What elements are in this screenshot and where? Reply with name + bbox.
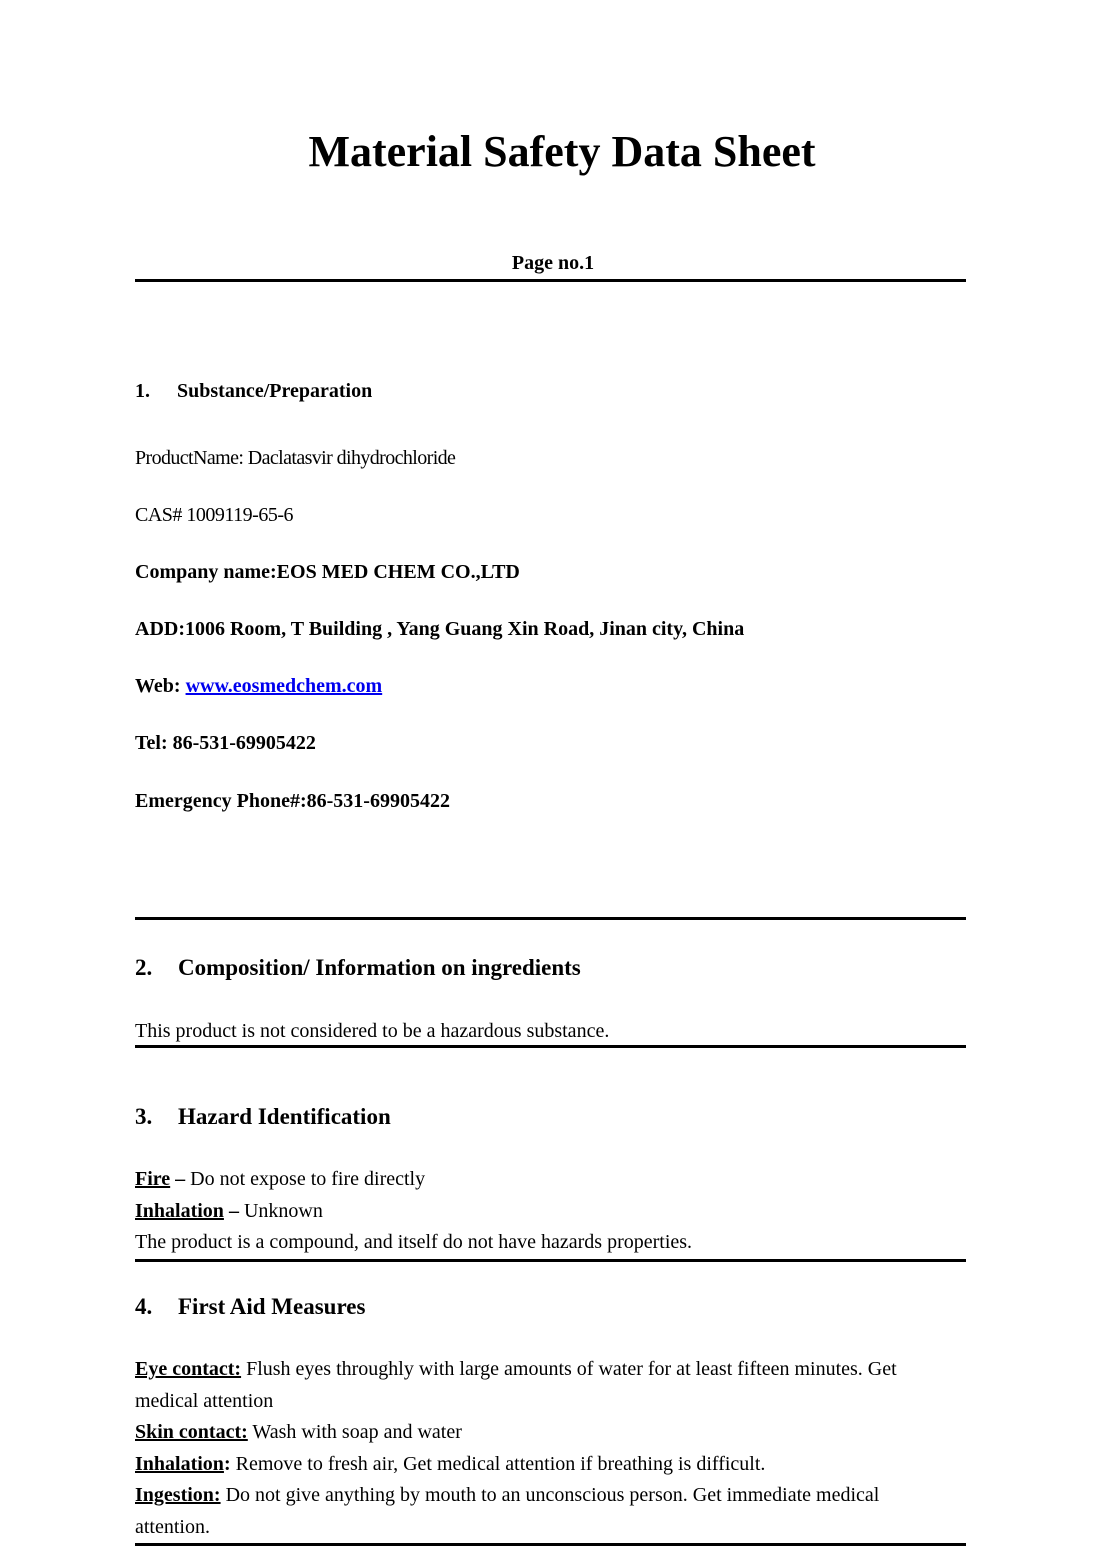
section-title: Composition/ Information on ingredients — [178, 955, 581, 980]
section-number: 2. — [135, 955, 178, 981]
section-1-heading: 1.Substance/Preparation — [135, 380, 372, 403]
section-title: First Aid Measures — [178, 1294, 365, 1319]
section-number: 4. — [135, 1294, 178, 1320]
section-4-heading: 4.First Aid Measures — [135, 1294, 365, 1320]
first-aid-list: Eye contact: Flush eyes throughly with l… — [135, 1354, 935, 1543]
section-divider — [135, 1045, 966, 1048]
first-aid-inhalation: Inhalation: Remove to fresh air, Get med… — [135, 1449, 935, 1481]
web-line: Web: www.eosmedchem.com — [135, 675, 382, 698]
emergency-phone: Emergency Phone#:86-531-69905422 — [135, 790, 450, 813]
hazard-item-fire: Fire – Do not expose to fire directly — [135, 1164, 975, 1196]
company-name: Company name:EOS MED CHEM CO.,LTD — [135, 561, 520, 584]
hazard-list: Fire – Do not expose to fire directly In… — [135, 1164, 975, 1259]
section-3-heading: 3.Hazard Identification — [135, 1104, 391, 1130]
web-label: Web: — [135, 675, 186, 697]
website-link[interactable]: www.eosmedchem.com — [186, 675, 383, 697]
section-divider — [135, 1543, 966, 1546]
section-2-heading: 2.Composition/ Information on ingredient… — [135, 955, 581, 981]
section-number: 1. — [135, 380, 177, 403]
telephone: Tel: 86-531-69905422 — [135, 732, 316, 755]
first-aid-eye: Eye contact: Flush eyes throughly with l… — [135, 1354, 935, 1417]
first-aid-ingestion: Ingestion: Do not give anything by mouth… — [135, 1480, 935, 1543]
section-divider — [135, 1259, 966, 1262]
first-aid-skin: Skin contact: Wash with soap and water — [135, 1417, 935, 1449]
cas-number: CAS# 1009119-65-6 — [135, 504, 293, 527]
hazard-note: The product is a compound, and itself do… — [135, 1227, 975, 1259]
section-title: Substance/Preparation — [177, 380, 372, 402]
section-divider — [135, 917, 966, 920]
section-title: Hazard Identification — [178, 1104, 391, 1129]
company-address: ADD:1006 Room, T Building , Yang Guang X… — [135, 618, 744, 641]
hazard-item-inhalation: Inhalation – Unknown — [135, 1196, 975, 1228]
section-number: 3. — [135, 1104, 178, 1130]
document-title: Material Safety Data Sheet — [0, 126, 1106, 177]
page-number: Page no.1 — [0, 252, 1106, 275]
composition-text: This product is not considered to be a h… — [135, 1020, 609, 1043]
header-divider — [135, 279, 966, 282]
product-name: ProductName: Daclatasvir dihydrochloride — [135, 447, 455, 470]
